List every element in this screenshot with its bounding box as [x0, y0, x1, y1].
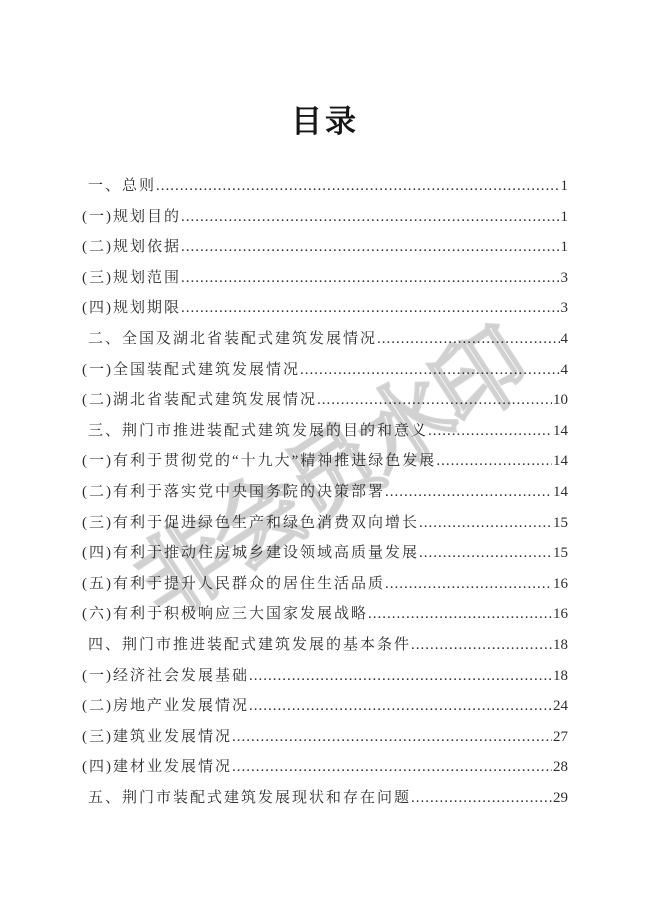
toc-entry-page-number: 28	[553, 752, 568, 783]
toc-entry-label: (一)全国装配式建筑发展情况	[82, 355, 300, 386]
toc-entry-page-number: 27	[553, 722, 568, 753]
toc-entry: 三、荆门市推进装配式建筑发展的目的和意义 ...................…	[82, 416, 568, 447]
toc-entry: (六)有利于积极响应三大国家发展战略 .....................…	[82, 599, 568, 630]
toc-dot-leader: ........................................…	[181, 293, 560, 324]
toc-entry-label: (五)有利于提升人民群众的居住生活品质	[82, 569, 385, 600]
toc-entry-label: 二、全国及湖北省装配式建筑发展情况	[88, 324, 377, 355]
toc-entry: (三)有利于促进绿色生产和绿色消费双向增长 ..................…	[82, 508, 568, 539]
page-title: 目录	[0, 96, 650, 141]
document-page: 非会员水印 目录 一、总则 ..........................…	[0, 0, 650, 919]
toc-entry: (二)有利于落实党中央国务院的决策部署 ....................…	[82, 477, 568, 508]
toc-entry-page-number: 14	[553, 416, 568, 447]
toc-dot-leader: ........................................…	[249, 691, 552, 722]
toc-entry-page-number: 14	[553, 477, 568, 508]
toc-entry-label: (六)有利于积极响应三大国家发展战略	[82, 599, 368, 630]
toc-entry: 五、荆门市装配式建筑发展现状和存在问题 ....................…	[82, 783, 568, 814]
toc-dot-leader: ........................................…	[428, 416, 552, 447]
toc-entry-label: (三)建筑业发展情况	[82, 722, 232, 753]
toc-dot-leader: ........................................…	[249, 661, 552, 692]
toc-entry: 一、总则 ...................................…	[82, 171, 568, 202]
toc-entry-label: 三、荆门市推进装配式建筑发展的目的和意义	[88, 416, 428, 447]
toc-dot-leader: ........................................…	[300, 355, 560, 386]
toc-entry: (四)建材业发展情况 .............................…	[82, 752, 568, 783]
toc-entry-page-number: 24	[553, 691, 568, 722]
toc-entry: (一)规划目的 ................................…	[82, 202, 568, 233]
toc-entry-page-number: 1	[561, 171, 569, 202]
toc-entry: 四、荆门市推进装配式建筑发展的基本条件 ....................…	[82, 630, 568, 661]
toc-entry-label: (四)规划期限	[82, 293, 181, 324]
toc-entry-label: (三)有利于促进绿色生产和绿色消费双向增长	[82, 508, 419, 539]
toc-entry-page-number: 16	[553, 599, 568, 630]
toc-dot-leader: ........................................…	[377, 324, 559, 355]
toc-entry-label: (三)规划范围	[82, 263, 181, 294]
toc-entry-label: (四)建材业发展情况	[82, 752, 232, 783]
toc-entry-page-number: 1	[561, 232, 569, 263]
toc-dot-leader: ........................................…	[181, 232, 560, 263]
toc-dot-leader: ........................................…	[232, 722, 552, 753]
toc-entry-page-number: 15	[553, 538, 568, 569]
toc-entry: (二)规划依据 ................................…	[82, 232, 568, 263]
toc-list: 一、总则 ...................................…	[82, 171, 568, 813]
toc-dot-leader: ........................................…	[368, 599, 552, 630]
toc-entry-page-number: 18	[553, 661, 568, 692]
toc-entry-label: (二)有利于落实党中央国务院的决策部署	[82, 477, 385, 508]
toc-dot-leader: ........................................…	[411, 783, 552, 814]
toc-entry: (二)房地产业发展情况 ............................…	[82, 691, 568, 722]
toc-dot-leader: ........................................…	[156, 171, 559, 202]
toc-entry-label: (二)规划依据	[82, 232, 181, 263]
toc-entry: (二)湖北省装配式建筑发展情况 ........................…	[82, 385, 568, 416]
toc-entry-page-number: 29	[553, 783, 568, 814]
toc-entry-label: (一)经济社会发展基础	[82, 661, 249, 692]
toc-dot-leader: ........................................…	[411, 630, 552, 661]
toc-entry-page-number: 1	[561, 202, 569, 233]
toc-entry-page-number: 3	[561, 263, 569, 294]
toc-dot-leader: ........................................…	[419, 508, 552, 539]
toc-entry-label: 五、荆门市装配式建筑发展现状和存在问题	[88, 783, 411, 814]
toc-entry-label: (二)房地产业发展情况	[82, 691, 249, 722]
toc-entry: (一)有利于贯彻党的“十九大”精神推进绿色发展 ................…	[82, 446, 568, 477]
toc-dot-leader: ........................................…	[181, 263, 560, 294]
toc-entry-page-number: 16	[553, 569, 568, 600]
toc-entry: (五)有利于提升人民群众的居住生活品质 ....................…	[82, 569, 568, 600]
toc-entry-label: (四)有利于推动住房城乡建设领域高质量发展	[82, 538, 419, 569]
toc-entry: (四)规划期限 ................................…	[82, 293, 568, 324]
toc-entry: (一)全国装配式建筑发展情况 .........................…	[82, 355, 568, 386]
toc-entry-page-number: 15	[553, 508, 568, 539]
toc-entry-page-number: 18	[553, 630, 568, 661]
toc-entry-label: (一)规划目的	[82, 202, 181, 233]
toc-entry: (三)规划范围 ................................…	[82, 263, 568, 294]
toc-dot-leader: ........................................…	[181, 202, 560, 233]
toc-dot-leader: ........................................…	[385, 569, 552, 600]
toc-entry-label: 一、总则	[88, 171, 156, 202]
toc-entry-label: (二)湖北省装配式建筑发展情况	[82, 385, 317, 416]
toc-entry: (四)有利于推动住房城乡建设领域高质量发展 ..................…	[82, 538, 568, 569]
toc-entry-page-number: 14	[553, 446, 568, 477]
toc-dot-leader: ........................................…	[385, 477, 552, 508]
toc-entry-page-number: 4	[561, 355, 569, 386]
toc-entry: (三)建筑业发展情况 .............................…	[82, 722, 568, 753]
toc-entry-page-number: 4	[561, 324, 569, 355]
toc-entry: 二、全国及湖北省装配式建筑发展情况 ......................…	[82, 324, 568, 355]
toc-entry-label: 四、荆门市推进装配式建筑发展的基本条件	[88, 630, 411, 661]
toc-dot-leader: ........................................…	[419, 538, 552, 569]
toc-entry: (一)经济社会发展基础 ............................…	[82, 661, 568, 692]
toc-entry-page-number: 3	[561, 293, 569, 324]
toc-dot-leader: ........................................…	[232, 752, 552, 783]
toc-entry-page-number: 10	[553, 385, 568, 416]
toc-dot-leader: ........................................…	[436, 446, 552, 477]
toc-dot-leader: ........................................…	[317, 385, 552, 416]
toc-entry-label: (一)有利于贯彻党的“十九大”精神推进绿色发展	[82, 446, 436, 477]
